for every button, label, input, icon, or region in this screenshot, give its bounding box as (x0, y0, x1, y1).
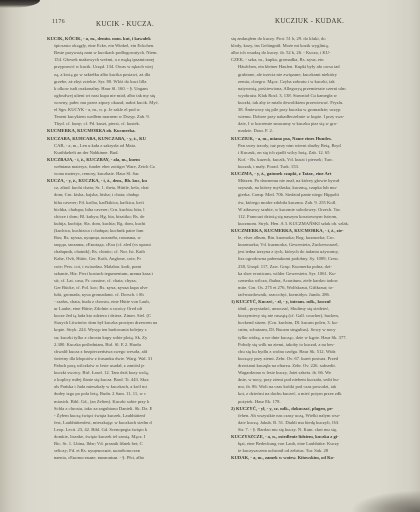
dictionary-text-line: wyobraża. Klak Rozl. 3, 138. Stawnioł Cu… (231, 92, 391, 99)
dictionary-text-line: tylko widzą, a we dnie kucząc, dzie w ką… (231, 334, 391, 341)
dictionary-text-line: Wagardzona w lesie kuczy, Jaiet szkeia. … (231, 369, 391, 376)
running-header: 1176 KUCIK - KUCZA. KUCZIUK - KUDAK. (52, 17, 400, 31)
dictionary-entry-headline: KUCZA, - y, ż., KUCZKA, - i, ż., dem., B… (47, 177, 219, 184)
dictionary-text-line: kuczki swoicy. Birl. Łasel. 12. Tam dziś… (47, 369, 219, 376)
dictionary-text-line: Ger Bücke, cf. Pol. koc; Rs. куча, кучка… (47, 284, 219, 291)
dictionary-text-line: szyszak, na którey myślaska, kuczmą, cza… (231, 184, 391, 191)
dictionary-text-line: i Kuczuk, on się ich zjadli wilcy boią. … (231, 149, 391, 156)
dictionary-text-line: dudey izgo po pola leżą. Budn. 2 Sam. 11… (47, 390, 219, 397)
dictionary-text-line: ваenia, сЕноnoстание, вшмонiни. - §. Płc… (47, 454, 219, 461)
dictionary-text-line: Pałach porą wilczków w lesie usadał, z z… (47, 362, 219, 369)
dictionary-text-line: cz, aliud. kuchi chata; Sr. 1. theta, Hü… (47, 184, 219, 191)
dictionary-text-line: Połody się wilk na ziemi, iakoby to kucz… (231, 341, 391, 348)
dictionary-text-line: kopie. Stryk. 224. Wysyp ten budowania k… (47, 326, 219, 333)
dictionary-text-line: kot, z dziećmi na dachu kuczeć, a mieć p… (231, 390, 391, 397)
dictionary-text-line: jest iedna izrzyna z tych, których do ia… (231, 248, 391, 255)
running-head-right: KUCZIUK - KUDAK. (275, 17, 344, 25)
dictionary-entry-headline: KUCZABA, KUHCABA, KUNCZABA, - y, ż., KU (47, 135, 219, 142)
dictionary-text-line: ogłosdwej ulieni wi nasi kupa nie miał, … (47, 92, 219, 99)
dictionary-text-line: ur Laube, eine Hütte; Zdolnie a swoicy O… (47, 305, 219, 312)
dictionary-text-line: ów, którego modre zdobila kuczma. Zab. 9… (231, 199, 391, 206)
dictionary-text-line: Kahe, Ovb, Hütte, Ger. Koth, Anglone, co… (47, 255, 219, 262)
dictionary-text-line: fest, Laubhüttenfest, mieszkając w kuczk… (47, 419, 219, 426)
dictionary-text-line: su; kuczki tylko z chrostu kupy sobie pl… (47, 334, 219, 341)
dictionary-text-line: CZEK, - szka, m., kupka, gromadka, Rs. к… (231, 56, 391, 63)
dictionary-text-line: Tenent kucykiem wzdłem marnem w Drzyp. Z… (47, 113, 219, 120)
dictionary-text-line: hichka, chałupa; hiha caverer; Crn. kuch… (47, 206, 219, 213)
dictionary-entry-headline: KUCIK, KÓCIK, - a, m., demin. nom. kut, … (47, 35, 219, 42)
dictionary-text-line: z koplicy miłej flanie się kucza. Bard. … (47, 376, 219, 383)
dictionary-text-line: W atłasowy szubie, w kuczmie sobolowey. … (231, 206, 391, 213)
dictionary-entry-headline: KUCMERKA, KUCMORKA ob. Kucmerka. (47, 127, 219, 134)
dictionary-text-line: 38. Śmiewacy się pile przy kuczku w grom… (231, 106, 391, 113)
dictionary-text-line: Häufchen, ein kleiner Haufen. Kupki były… (231, 63, 391, 70)
dictionary-text-line: miasich. Bibl. Gd., (zn Zelten). Kuczki … (47, 398, 219, 405)
dictionary-text-line: mite. Crn. Os. 275 et 276, Wolfskraut, G… (231, 284, 391, 291)
dictionary-entry-headline: KUCZMERKA, KUCMERKA, KUCMORKA, - i, ż., … (231, 227, 391, 234)
dictionary-text-line: drzwiami kuczęła na ołtarzu. Zebr. Ov. 2… (231, 362, 391, 369)
dictionary-text-line: naiywmią, pościewiona, Allegoryą przemie… (231, 85, 391, 92)
dictionary-text-line: pożytek. Haur Ek. 178. (231, 398, 391, 405)
dictionary-text-line: się zmknąłem do kuczy. Prot. 51 b, 29. d… (231, 35, 391, 42)
dictionary-text-line: dnie, w nocy, przy ziemi pod niebem kucz… (231, 376, 391, 383)
dictionary-text-line: iad-mordownik, rzaccohyi, kormidyn. Jund… (231, 291, 391, 298)
dictionary-text-line: Rus; Rs. кучка, кущица, кохамба, пахамка… (47, 234, 219, 241)
dictionary-text-line: chałupnik, chatnik]; Rs. chiniic; cf. No… (47, 248, 219, 255)
dictionary-text-line: hiha caverer; Fd. kaćha, kaďkikica, kaćk… (47, 199, 219, 206)
dictionary-text-line: 112. Francuzi dziwią się naszym kosztown… (231, 213, 391, 220)
dictionary-text-line: 2.380. Kuczka pośledniam, Birl. Sl. E 2.… (47, 341, 219, 348)
dictionary-text-line: - Żyłem kuczą święci święta kuczek, Laub… (47, 412, 219, 419)
dictionary-entry-headline: 1) KUCZYĆ, Kuczeć, - zł, - y, intrans. n… (231, 298, 391, 305)
dictionary-text-line: lisz ogrodowna pałernakomi podobny. Sy. … (231, 255, 391, 262)
dictionary-entry-headline: KUCZBAJA, - i, ż., KUCZBAY, - ala, m., k… (47, 156, 219, 163)
right-column: się zmknąłem do kuczy. Prot. 51 b, 29. d… (231, 35, 391, 462)
dictionary-text-line: kuczymiecy się nie rusząią (cf. Gall. co… (231, 312, 391, 319)
dictionary-text-line: Schla z chrostu, iako za zagubiono Danie… (47, 405, 219, 412)
dictionary-text-line: kucze Jed ią lada kto zdziera i dziera. … (47, 312, 219, 319)
dictionary-text-line: Bic. Sr. 1. Lbina, Ibbe; Vd. prasnik liš… (47, 440, 219, 447)
dictionary-entry-headline: KUDAK, - a, m., zamek w woiew. Kiiowskim… (231, 454, 391, 461)
dictionary-text-line: domkie, lisznke, święto kuczek tel szmią… (47, 433, 219, 440)
page-corner-shadow (350, 490, 420, 512)
dictionary-text-line: seliczy; Fd. et Rs. кущеноснiе, колибопо… (47, 447, 219, 454)
dictionary-text-line: śpiczasto okrągły, eine Ecke, ein Winkel… (47, 42, 219, 49)
dictionary-text-line: kuhija, kucbija; Sla. dom, kuchia; Rg. d… (47, 220, 219, 227)
dictionary-text-line: wona materyc, remory, kuczbaie. Haur Sl.… (47, 170, 219, 177)
dictionary-text-line: grubione, ale trzecia nie zwięzane, kucz… (231, 71, 391, 78)
dictionary-text-line: Leop. Lecit. 23, 42. Bibl. Gd. Scenopegi… (47, 426, 219, 433)
dictionary-text-line: madzie. Dour. F. 2. (231, 127, 391, 134)
dictionary-entry-headline: KUCZYSZCZE, - a, n., osiedlenie lidziem,… (231, 433, 391, 440)
left-column: KUCIK, KÓCIK, - a, m., demin. nom. kut, … (47, 35, 219, 462)
dictionary-text-line: świetny dla kłopotów z frasunku dwie. Wa… (47, 355, 219, 362)
dictionary-text-line: Thyd. cf. kuny; cf. Pd. kuszi, piersi, c… (47, 120, 219, 127)
dictionary-text-line: 154. Głowek makowych weźmi, a z mąką ips… (47, 56, 219, 63)
dictionary-text-line: el Sgn. KUCYK - a, m., n. p. Je szkle el… (47, 106, 219, 113)
dictionary-text-line: Mützen. Po dawnemu nie znał, na którey g… (231, 177, 391, 184)
dictionary-text-line: gierka. Comp. Med. 706. Siedział panie n… (231, 191, 391, 198)
dictionary-text-line: ie kuczyszczem uchronił od zebrtus. Tur.… (231, 447, 391, 454)
dictionary-entry-headline: 2) KUCZYĆ, - ył, - y, cz. ndk., dokuczać… (231, 405, 391, 412)
dictionary-entry-headline: KUCZIUK, - a, m., miano psa, Name eines … (231, 135, 391, 142)
page-number: 1176 (52, 19, 65, 25)
dictionary-text-line: hockend sitzen. (Crn. kuchim, Dl. kucam … (231, 319, 391, 326)
dictionary-text-line: cnim, schutzam, Dl. Bucam singultus). So… (231, 326, 391, 333)
dictionary-text-line: sit; cf. Lat. casa, Fr. cassine, cf. cha… (47, 277, 219, 284)
dictionary-text-line: czmerka wilcza, fhalna, Aconitum, ziele … (231, 277, 391, 284)
dictionary-text-line: (kuchica, kuchizica i chałupa; kuchnik p… (47, 227, 219, 234)
dictionary-text-line: mo, ib. 86. Woli na czas krótki pod czas… (231, 383, 391, 390)
dictionary-page: 1176 KUCIK - KUCZA. KUCZIUK - KUDAK. KUC… (0, 0, 420, 512)
dictionary-text-line: lubi, gromada, куча gromadami. cf. Dorsc… (47, 291, 219, 298)
dictionary-text-line: le, vlser album, Bin. kuomoka; Bog. kuzm… (231, 234, 391, 241)
dictionary-text-line: kuczmom. Stryk. Hen. A 3. KUCZMAŃSKI szl… (231, 220, 391, 227)
dictionary-text-line: морда, мохамы, сЕмоtада, сЕоа (cf. aled … (47, 241, 219, 248)
dictionary-text-line: CAB, - a, m., Len u kała z sakrysła od M… (47, 142, 219, 149)
dictionary-text-line: kuczki, tak aby ie miało dewolikiem prze… (231, 99, 391, 106)
dictionary-text-line: wiemu. Dobrze przy nakadłeczelmie w kupi… (231, 113, 391, 120)
dictionary-text-line: kuczak, i mały. Porad. Turk. 153. (231, 163, 391, 170)
dictionary-text-line: wełniana materya, funder eber zottiger W… (47, 163, 219, 170)
dictionary-text-line: kurzmorka; Vd. kuzmorka, Gewerstein, Zuc… (231, 241, 391, 248)
dictionary-text-line: zą, a kwią go w szkiełku albo kucika pos… (47, 71, 219, 78)
dictionary-text-line: dom; Crn. kisha, kajsha, hisha; i chata;… (47, 191, 219, 198)
dictionary-text-line: przyprawić w kucik. Urzęd. 134. Owas w r… (47, 63, 219, 70)
running-head-left: KUCIK - KUCZA. (96, 20, 154, 28)
dictionary-text-line: szkanie, Hiz. Pivri kostuch tegumentum, … (47, 270, 219, 277)
dictionary-text-line: wowny, pałec mu przez zipory okazał, nał… (47, 99, 219, 106)
dictionary-text-line: klody, kozy, ins Gefängniß. Może mi kozi… (231, 42, 391, 49)
dictionary-text-line: chu się ku bydlu z wolna czołga. Haur Sk… (231, 348, 391, 355)
dictionary-text-line: als Pańska i Juda mieszkały w kuczkach, … (47, 383, 219, 390)
dictionary-text-line: idntl., przysiadać, umoczać, Skulimy się… (231, 305, 391, 312)
dictionary-text-line: k olkow tudi oszkonalny. Haur Sl. 160. -… (47, 85, 219, 92)
dictionary-text-line: kuczący przy ziemi. Zebr. Ov. 67. kurei … (231, 355, 391, 362)
dictionary-text-line: Kurthkehelt an der Nabkinne. Bud. (47, 149, 219, 156)
dictionary-text-line: zemia, cloegro. Mącz. Czyha zobratu i w … (231, 78, 391, 85)
dictionary-text-line: daiv kuczą. Jakub. R. 51. Diabli mu bied… (231, 419, 391, 426)
binding-shadow (0, 0, 40, 8)
dictionary-text-line: Pan swey trzody, tuż przy nim wierni słu… (231, 142, 391, 149)
dictionary-text-line: 238, Urzęd. 117, Zaw. Gosp. Kucmerka pol… (231, 263, 391, 270)
dictionary-text-line: chicze i dom; Bl. kuhya; Hg. hia, biszii… (47, 213, 219, 220)
dictionary-text-line: albo ich wsadzą do kuczy. ib. 52 b, 26. … (231, 49, 391, 56)
dictionary-text-line: fehen. Ah wszystkie nas czasy uczą, Wiel… (231, 412, 391, 419)
dictionary-text-line: cote; Pers. cot, i rwiozdau. Malabar. ko… (47, 263, 219, 270)
dictionary-text-line: dzie, I w kucremie smacumy w kuczku piar… (231, 120, 391, 127)
dictionary-text-line: Beste przywożą nam w kucikach podłogowat… (47, 49, 219, 56)
dictionary-text-line: łęzi, eine Bedeckung von Laub, eine Laub… (231, 440, 391, 447)
dictionary-text-line: - szałas, chata, buda z chrostu, eine Hü… (47, 298, 219, 305)
dictionary-text-line: Starych Litwinów dom był kuczka prostym … (47, 319, 219, 326)
dictionary-text-line: grzebe, aż zbyt zciekie. Syr. 80. Wlóż d… (47, 78, 219, 85)
dictionary-entry-headline: KUCZMA, - y, ż., gatunek czapki, z Tatar… (231, 170, 391, 177)
dictionary-text-line: chwalił kucza z bezpieczeństwa swego wes… (47, 348, 219, 355)
dictionary-text-line: ka slser erraticum, wilder Gewerstein. S… (231, 270, 391, 277)
dictionary-text-line: Kof. - Rs. kuzech, kuczik, Vd. kuszi i p… (231, 156, 391, 163)
dictionary-text-line: Str. 7. - §. Bardzo mu się kuczy. N. Kam… (231, 426, 391, 433)
